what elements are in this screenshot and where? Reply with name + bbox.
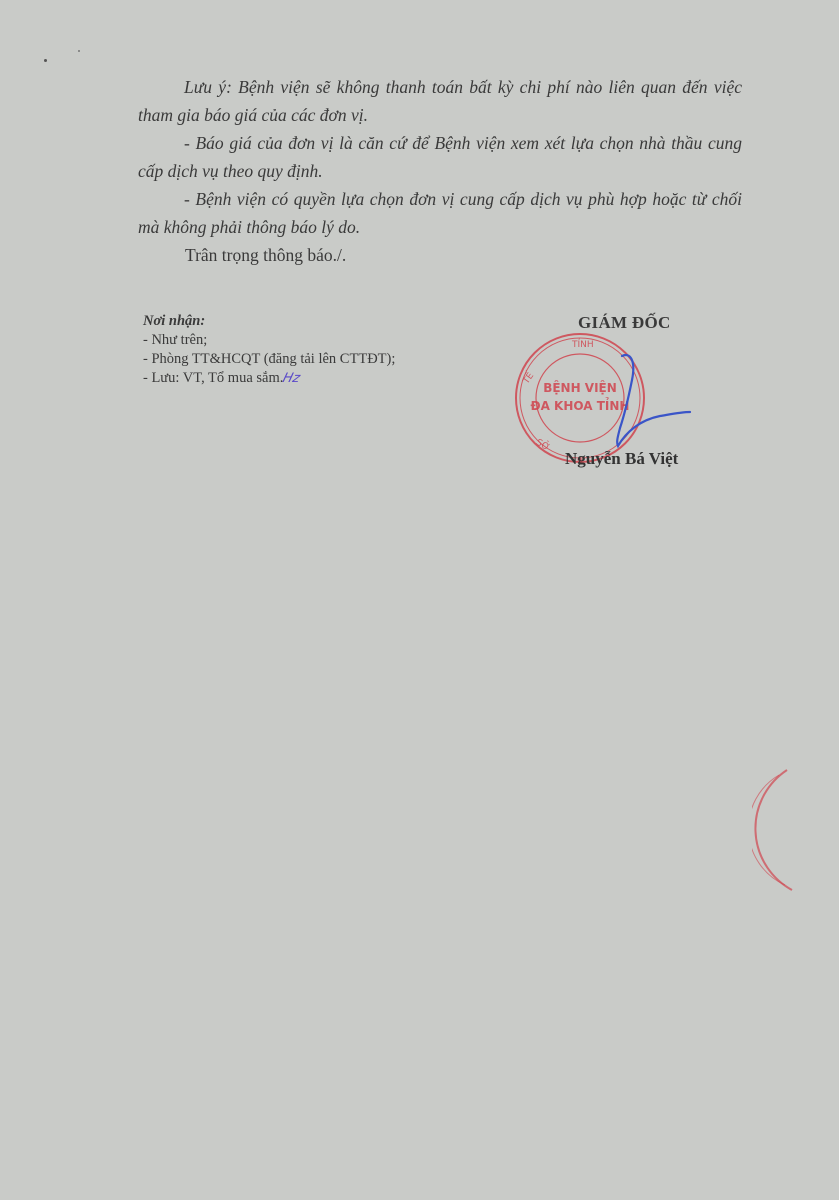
document-page: Lưu ý: Bệnh viện sẽ không thanh toán bất… (0, 0, 839, 1200)
recipient-item: - Phòng TT&HCQT (đăng tải lên CTTĐT); (143, 350, 395, 369)
rights-paragraph: - Bệnh viện có quyền lựa chọn đơn vị cun… (138, 185, 742, 241)
recipient-item: - Như trên; (143, 331, 395, 350)
handwritten-initials: Hz (281, 369, 303, 388)
svg-text:TỈNH: TỈNH (571, 338, 594, 350)
signer-name: Nguyễn Bá Việt (565, 449, 678, 469)
quote-basis-paragraph: - Báo giá của đơn vị là căn cứ để Bệnh v… (138, 129, 742, 185)
svg-text:SỞ: SỞ (534, 436, 552, 453)
recipients-block: Nơi nhận: - Như trên; - Phòng TT&HCQT (đ… (143, 312, 395, 388)
closing-line: Trân trọng thông báo./. (185, 245, 346, 266)
scan-speck (44, 59, 47, 62)
scan-speck (78, 50, 80, 52)
recipient-item: - Lưu: VT, Tổ mua sắm.Hz (143, 369, 395, 388)
recipients-title: Nơi nhận: (143, 312, 395, 331)
partial-page-seal-icon (752, 765, 812, 895)
note-paragraph: Lưu ý: Bệnh viện sẽ không thanh toán bất… (138, 73, 742, 129)
recipient-item-text: - Lưu: VT, Tổ mua sắm. (143, 370, 283, 386)
